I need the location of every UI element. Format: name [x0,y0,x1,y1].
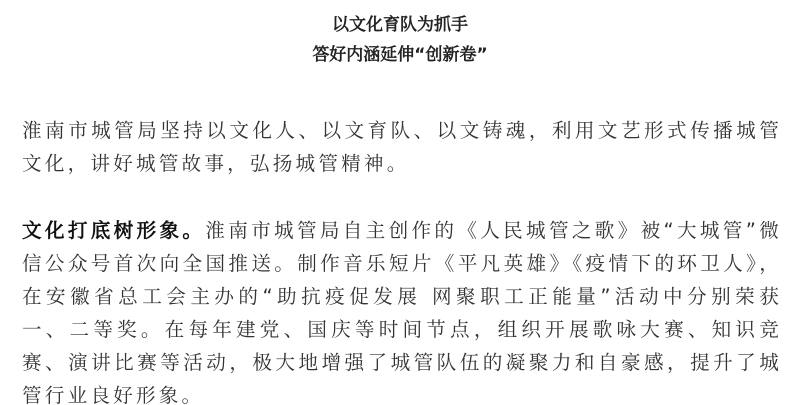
article-title: 以文化育队为抓手 答好内涵延伸“创新卷” [0,10,800,70]
paragraph-culture: 文化打底树形象。淮南市城管局自主创作的《人民城管之歌》被“大城管”微信公众号首次… [22,214,782,405]
paragraph-lead-heading: 文化打底树形象。 [22,219,205,242]
title-line-1: 以文化育队为抓手 [0,10,800,40]
paragraph-culture-text: 淮南市城管局自主创作的《人民城管之歌》被“大城管”微信公众号首次向全国推送。制作… [22,219,782,405]
paragraph-intro: 淮南市城管局坚持以文化人、以文育队、以文铸魂，利用文艺形式传播城管文化，讲好城管… [22,114,782,180]
paragraph-intro-text: 淮南市城管局坚持以文化人、以文育队、以文铸魂，利用文艺形式传播城管文化，讲好城管… [22,119,782,175]
title-line-2: 答好内涵延伸“创新卷” [0,40,800,70]
article: 以文化育队为抓手 答好内涵延伸“创新卷” 淮南市城管局坚持以文化人、以文育队、以… [0,0,800,405]
